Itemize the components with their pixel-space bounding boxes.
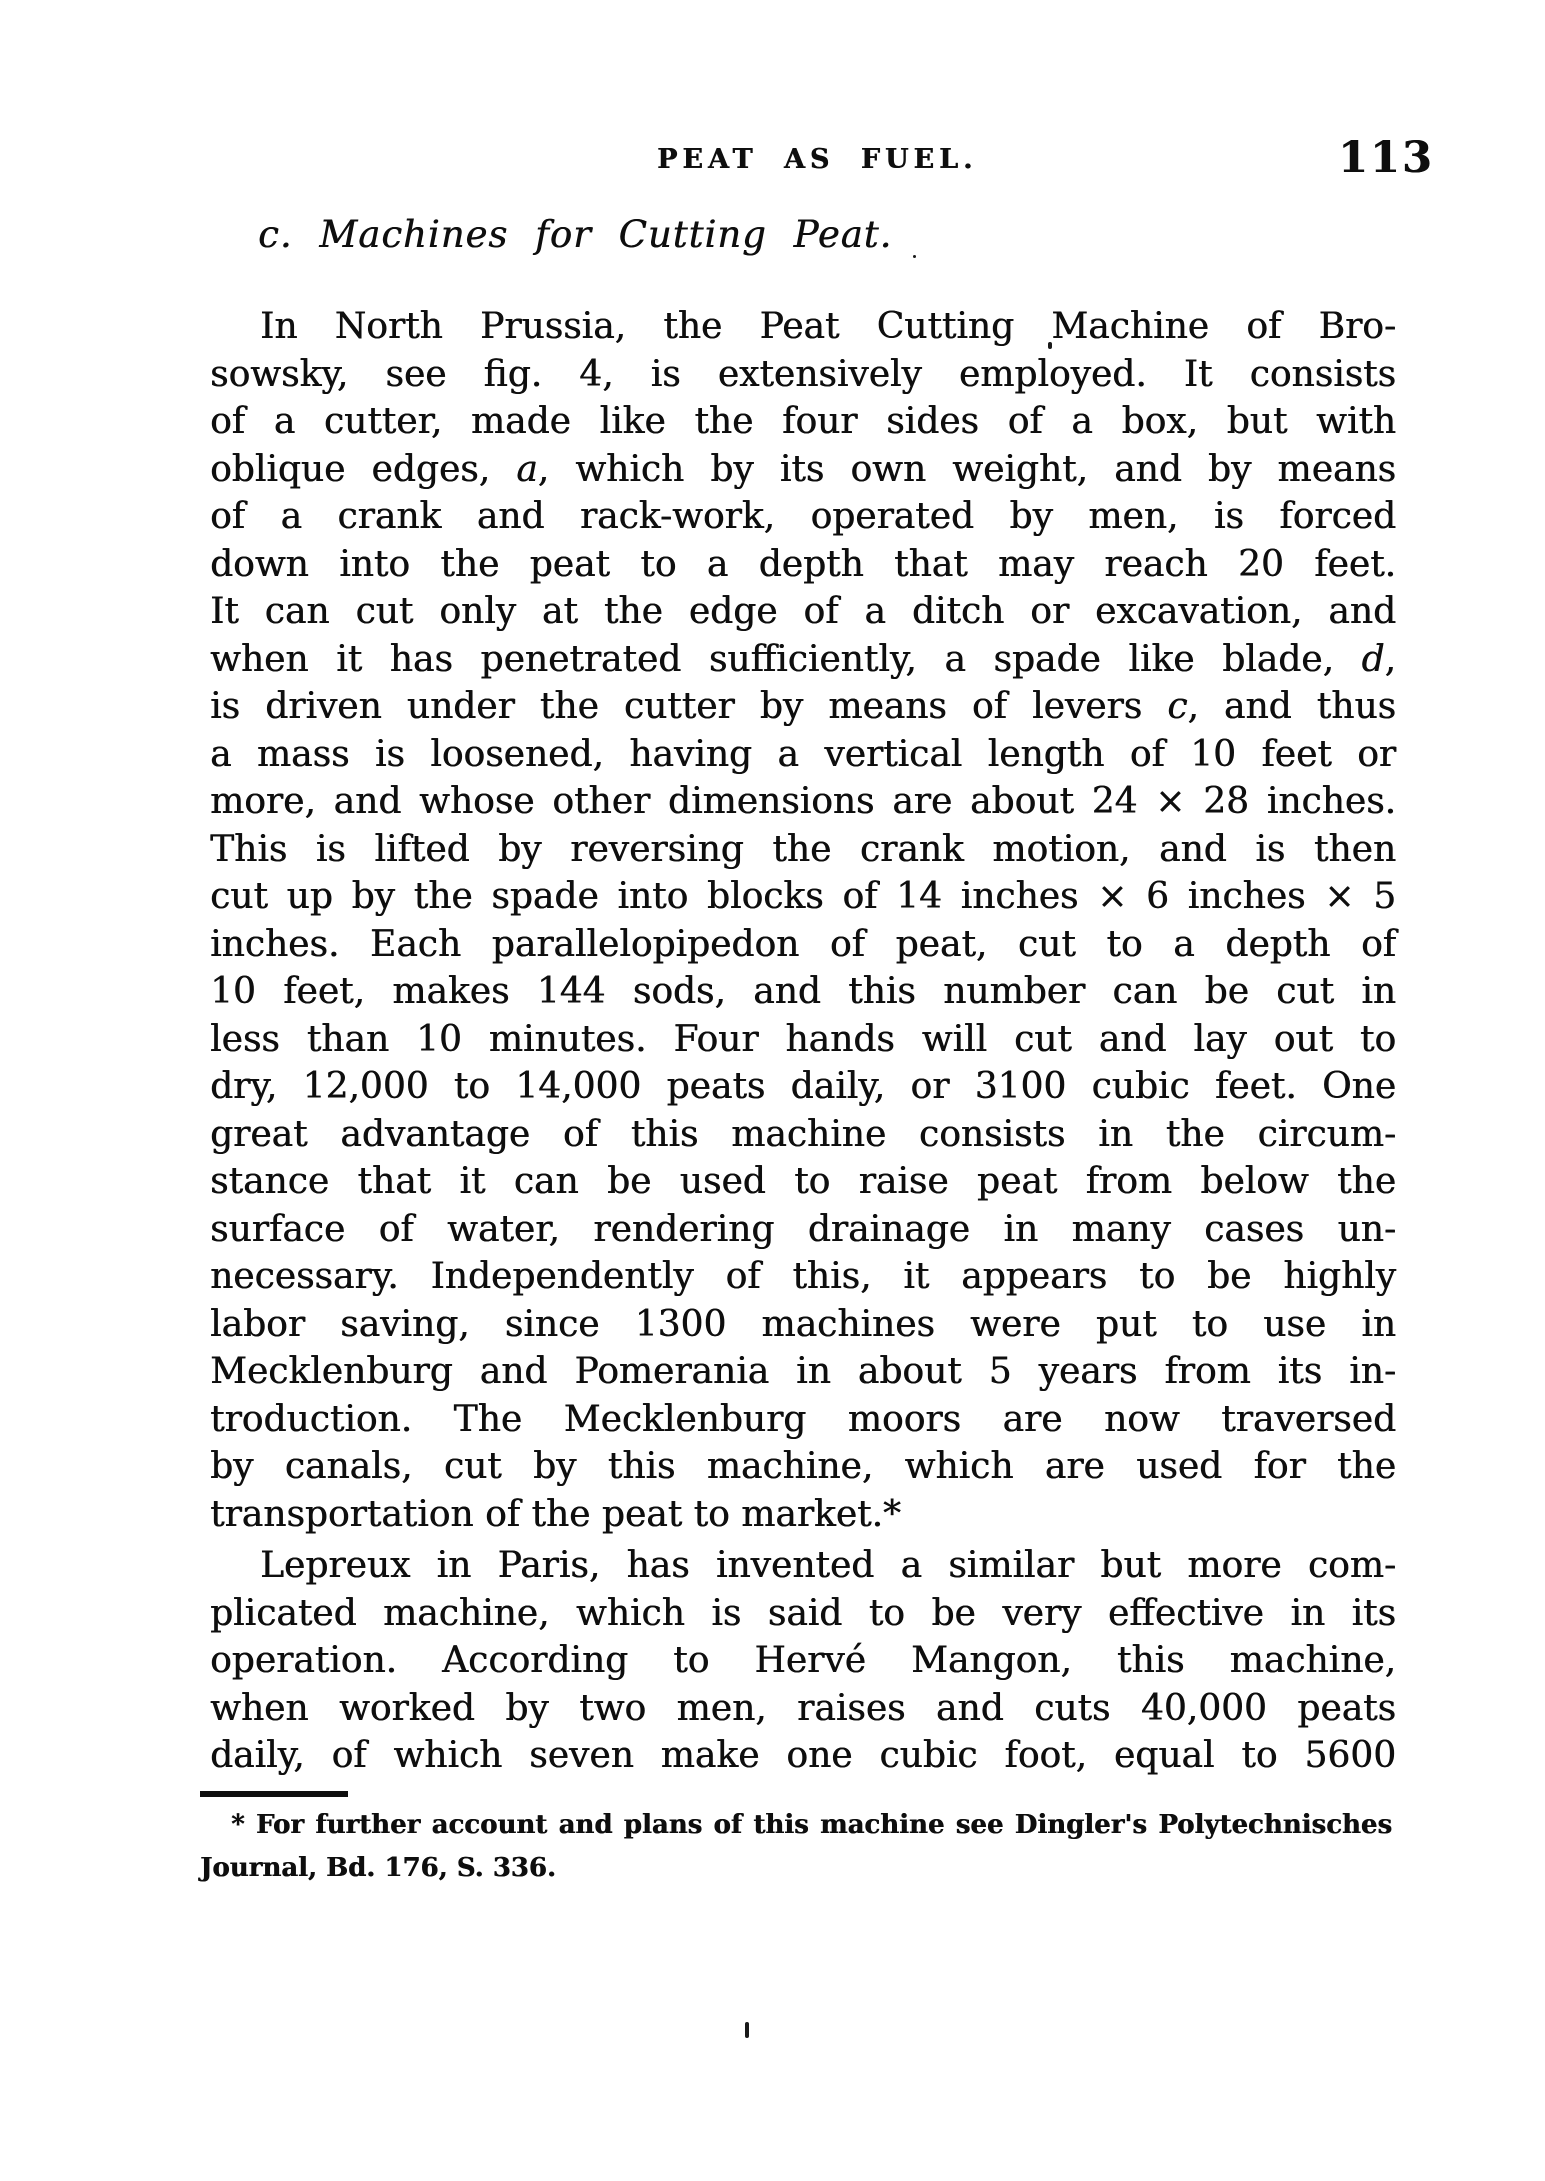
text-line: plicated machine, which is said to be ve…	[210, 1590, 1396, 1638]
running-head-title: PEAT AS FUEL.	[657, 144, 977, 175]
text-line: It can cut only at the edge of a ditch o…	[210, 588, 1396, 636]
paragraph-lepreux-machine: Lepreux in Paris, has invented a similar…	[210, 1542, 1396, 1780]
text-line: labor saving, since 1300 machines were p…	[210, 1301, 1396, 1349]
text-line: of a crank and rack-work, operated by me…	[210, 493, 1396, 541]
text-line: This is lifted by reversing the crank mo…	[210, 826, 1396, 874]
footnote: * For further account and plans of this …	[200, 1804, 1392, 1890]
text-line: Mecklenburg and Pomerania in about 5 yea…	[210, 1348, 1396, 1396]
text-line: down into the peat to a depth that may r…	[210, 541, 1396, 589]
text-line: when worked by two men, raises and cuts …	[210, 1685, 1396, 1733]
text-line: sowsky, see fig. 4, is extensively emplo…	[210, 351, 1396, 399]
text-line: Lepreux in Paris, has invented a similar…	[210, 1542, 1396, 1590]
text-line: of a cutter, made like the four sides of…	[210, 398, 1396, 446]
book-page: PEAT AS FUEL. 113 c. Machines for Cuttin…	[0, 0, 1545, 2181]
scan-speck	[1048, 342, 1052, 349]
text-line: cut up by the spade into blocks of 14 in…	[210, 873, 1396, 921]
paragraph-brosowsky-machine: In North Prussia, the Peat Cutting Machi…	[210, 303, 1396, 1538]
text-line: less than 10 minutes. Four hands will cu…	[210, 1016, 1396, 1064]
text-line: operation. According to Hervé Mangon, th…	[210, 1637, 1396, 1685]
text-line: oblique edges, a, which by its own weigh…	[210, 446, 1396, 494]
footnote-line: Journal, Bd. 176, S. 336.	[200, 1847, 1392, 1890]
text-line: a mass is loosened, having a vertical le…	[210, 731, 1396, 779]
text-line: troduction. The Mecklenburg moors are no…	[210, 1396, 1396, 1444]
text-line: is driven under the cutter by means of l…	[210, 683, 1396, 731]
text-line: stance that it can be used to raise peat…	[210, 1158, 1396, 1206]
text-line: necessary. Independently of this, it app…	[210, 1253, 1396, 1301]
text-line: by canals, cut by this machine, which ar…	[210, 1443, 1396, 1491]
section-heading: c. Machines for Cutting Peat.	[258, 213, 892, 256]
footnote-line: * For further account and plans of this …	[200, 1804, 1392, 1847]
text-line: when it has penetrated sufficiently, a s…	[210, 636, 1396, 684]
text-line: great advantage of this machine consists…	[210, 1111, 1396, 1159]
page-number: 113	[1338, 133, 1434, 183]
footnote-separator-rule	[200, 1791, 348, 1797]
text-line: dry, 12,000 to 14,000 peats daily, or 31…	[210, 1063, 1396, 1111]
text-line: In North Prussia, the Peat Cutting Machi…	[210, 303, 1396, 351]
text-line: 10 feet, makes 144 sods, and this number…	[210, 968, 1396, 1016]
scan-speck	[913, 255, 916, 258]
text-line: more, and whose other dimensions are abo…	[210, 778, 1396, 826]
text-line: inches. Each parallelopipedon of peat, c…	[210, 921, 1396, 969]
text-line: transportation of the peat to market.*	[210, 1491, 1396, 1539]
scan-speck	[745, 2022, 749, 2038]
text-line: surface of water, rendering drainage in …	[210, 1206, 1396, 1254]
text-line: daily, of which seven make one cubic foo…	[210, 1732, 1396, 1780]
